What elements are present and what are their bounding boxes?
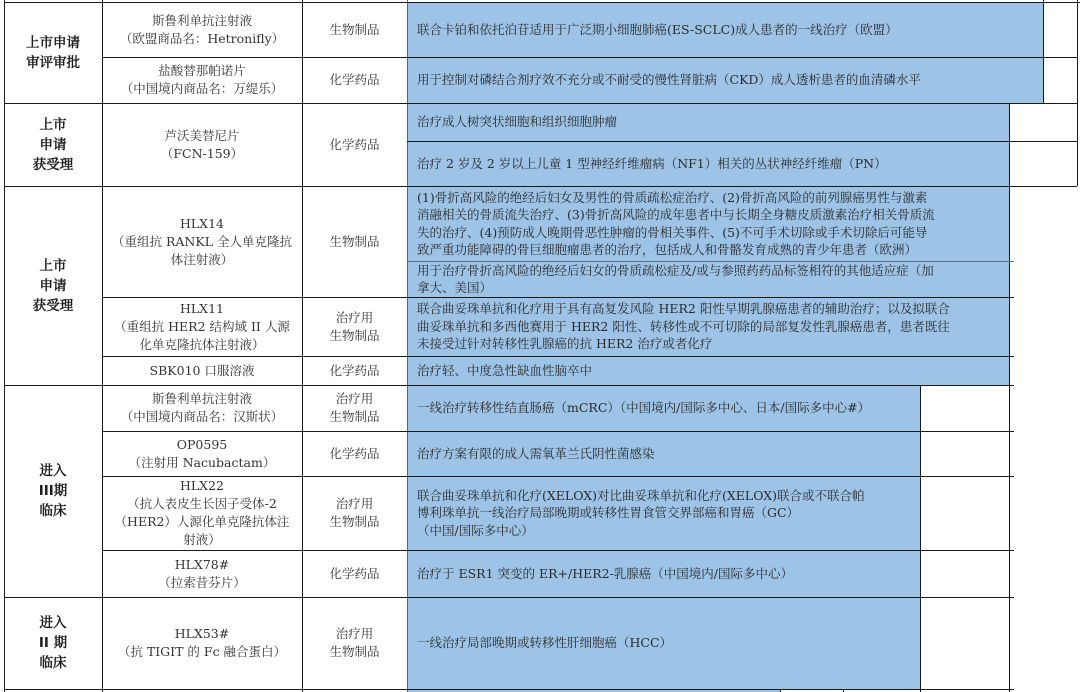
grid-line <box>102 356 1014 357</box>
indication-cell: 联合曲妥珠单抗和化疗(XELOX)对比曲妥珠单抗和化疗(XELOX)联合或不联合… <box>407 476 920 550</box>
drug-name-cell: HLX78# （拉索昔芬片） <box>102 550 302 597</box>
drug-name-cell: 斯鲁利单抗注射液 （欧盟商品名：Hetronifly） <box>102 3 302 57</box>
indication-cell: 用于控制对磷结合剂疗效不充分或不耐受的慢性肾脏病（CKD）成人透析患者的血清磷水… <box>407 57 1043 103</box>
drug-name-cell: HLX11 （重组抗 HER2 结构域 II 人源 化单克隆抗体注射液） <box>102 297 302 356</box>
indication-cell: 一线治疗转移性结直肠癌（mCRC）（中国境内/国际多中心、日本/国际多中心#） <box>407 385 920 431</box>
drug-name-cell: HLX14 （重组抗 RANKL 全人单克隆抗 体注射液） <box>102 186 302 297</box>
indication-cell: 治疗方案有限的成人需氧革兰氏阴性菌感染 <box>407 431 920 476</box>
drug-type-cell: 化学药品 <box>302 103 407 186</box>
drug-type-cell: 化学药品 <box>302 356 407 385</box>
grid-line <box>4 103 1077 104</box>
drug-type-cell: 化学药品 <box>302 550 407 597</box>
drug-name-cell: 盐酸替那帕诺片 （中国境内商品名：万缇乐） <box>102 57 302 103</box>
grid-line <box>4 597 1014 598</box>
drug-name-cell: HLX22 （抗人表皮生长因子受体-2 （HER2）人源化单克隆抗体注 射液） <box>102 476 302 550</box>
stage-cell: 上市 申请 获受理 <box>4 103 102 186</box>
stage-cell: 上市 申请 获受理 <box>4 186 102 385</box>
drug-type-cell: 治疗用 生物制品 <box>302 385 407 431</box>
grid-line <box>4 385 1014 386</box>
drug-name-cell: 斯鲁利单抗注射液 （中国境内商品名：汉斯状） <box>102 385 302 431</box>
drug-type-cell: 治疗用 生物制品 <box>302 597 407 689</box>
grid-line <box>1009 103 1010 385</box>
stage-cell: 进入 III期 临床 <box>4 385 102 597</box>
drug-type-cell: 生物制品 <box>302 3 407 57</box>
stage-cell: 上市申请 审评审批 <box>4 3 102 103</box>
grid-line <box>102 57 1077 58</box>
stage-cell: 进入 II 期 临床 <box>4 597 102 689</box>
grid-line <box>1043 0 1044 103</box>
indication-cell: 联合卡铂和依托泊苷适用于广泛期小细胞肺癌(ES-SCLC)成人患者的一线治疗（欧… <box>407 3 1043 57</box>
grid-line <box>407 141 1077 142</box>
drug-type-cell: 治疗用 生物制品 <box>302 476 407 550</box>
grid-line <box>1077 0 1078 186</box>
drug-type-cell: 治疗用 生物制品 <box>302 297 407 356</box>
drug-type-cell: 化学药品 <box>302 431 407 476</box>
drug-type-cell: 生物制品 <box>302 186 407 297</box>
drug-name-cell: 芦沃美替尼片 （FCN-159） <box>102 103 302 186</box>
drug-name-cell: HLX53# （抗 TIGIT 的 Fc 融合蛋白） <box>102 597 302 689</box>
grid-line <box>4 2 1080 3</box>
indication-cell: 治疗轻、中度急性缺血性脑卒中 <box>407 356 1009 385</box>
grid-line <box>407 261 1014 262</box>
drug-type-cell: 化学药品 <box>302 57 407 103</box>
indication-cell: 治疗 2 岁及 2 岁以上儿童 1 型神经纤维瘤病（NF1）相关的丛状神经纤维瘤… <box>407 141 1009 186</box>
indication-cell: 一线治疗局部晚期或转移性肝细胞癌（HCC） <box>407 597 920 689</box>
grid-line <box>4 689 1014 690</box>
grid-line <box>102 476 1014 477</box>
grid-line <box>102 297 1014 298</box>
indication-cell: 用于治疗骨折高风险的绝经后妇女的骨质疏松症及/或与参照药药品标签相符的其他适应症… <box>407 261 1009 297</box>
drug-name-cell: SBK010 口服溶液 <box>102 356 302 385</box>
grid-line <box>4 186 1077 187</box>
indication-cell: (1)骨折高风险的绝经后妇女及男性的骨质疏松症治疗、(2)骨折高风险的前列腺癌男… <box>407 186 1009 261</box>
indication-cell: 治疗于 ESR1 突变的 ER+/HER2-乳腺癌（中国境内/国际多中心） <box>407 550 920 597</box>
indication-cell: 治疗成人树突状细胞和组织细胞肿瘤 <box>407 103 1009 141</box>
drug-name-cell: OP0595 （注射用 Nacubactam） <box>102 431 302 476</box>
grid-line <box>102 431 1014 432</box>
indication-cell: 联合曲妥珠单抗和化疗用于具有高复发风险 HER2 阳性早期乳腺癌患者的辅助治疗；… <box>407 297 1009 356</box>
grid-line <box>102 550 1014 551</box>
